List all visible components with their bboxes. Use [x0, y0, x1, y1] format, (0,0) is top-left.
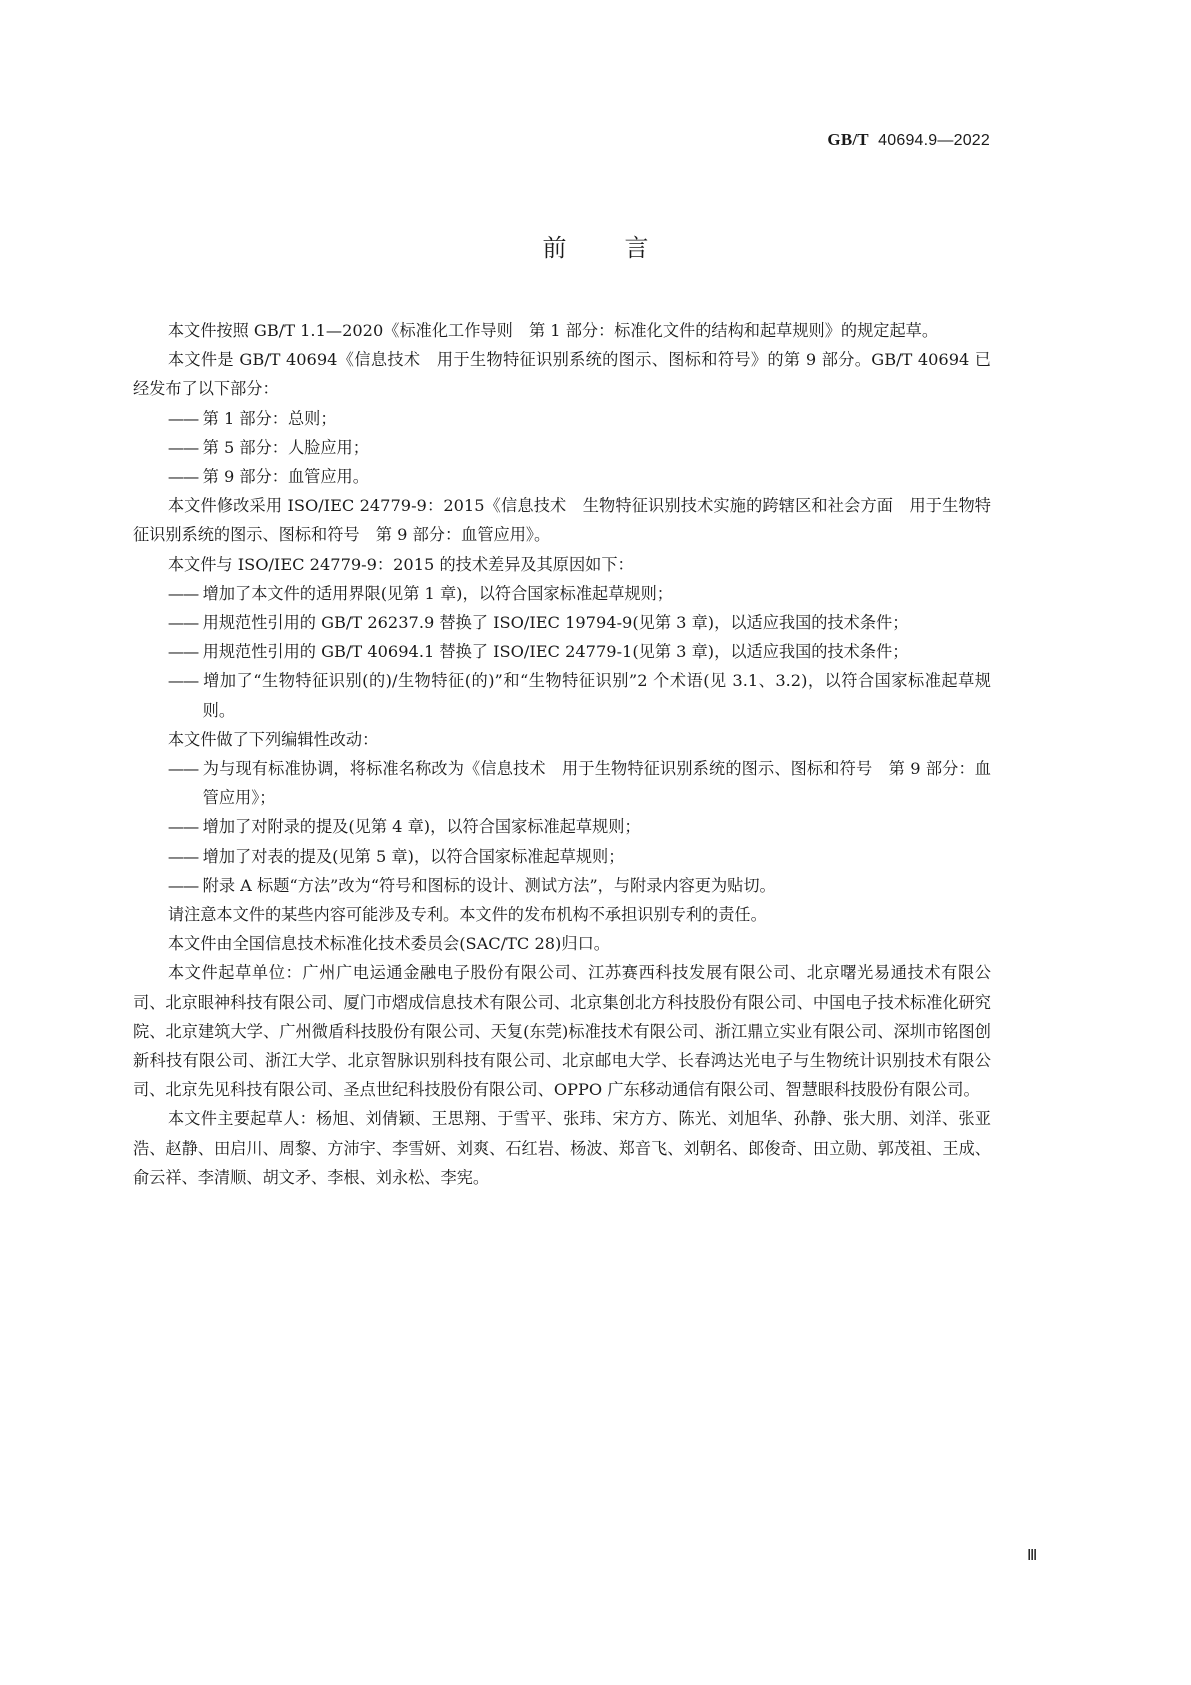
list-item-text: 第 9 部分：血管应用。	[203, 467, 369, 486]
foreword-body: 本文件按照 GB/T 1.1—2020《标准化工作导则 第 1 部分：标准化文件…	[133, 316, 991, 1192]
dash-marker: ——	[168, 462, 203, 491]
list-item-text: 第 1 部分：总则；	[203, 409, 337, 428]
standard-prefix: GB/T	[827, 130, 868, 149]
list-item: ——增加了对表的提及(见第 5 章)，以符合国家标准起草规则；	[133, 842, 991, 871]
dash-marker: ——	[168, 433, 203, 462]
list-item: ——为与现有标准协调，将标准名称改为《信息技术 用于生物特征识别系统的图示、图标…	[133, 754, 991, 812]
page-number: Ⅲ	[1027, 1546, 1037, 1565]
list-item: ——附录 A 标题“方法”改为“符号和图标的设计、测试方法”，与附录内容更为贴切…	[133, 871, 991, 900]
list-item-text: 为与现有标准协调，将标准名称改为《信息技术 用于生物特征识别系统的图示、图标和符…	[203, 759, 991, 807]
drafting-organizations: 本文件起草单位：广州广电运通金融电子股份有限公司、江苏赛西科技发展有限公司、北京…	[133, 958, 991, 1104]
list-item: ——用规范性引用的 GB/T 26237.9 替换了 ISO/IEC 19794…	[133, 608, 991, 637]
page-title: 前言	[0, 228, 1191, 263]
paragraph: 本文件修改采用 ISO/IEC 24779-9：2015《信息技术 生物特征识别…	[133, 491, 991, 549]
dash-marker: ——	[168, 754, 203, 783]
list-item-text: 用规范性引用的 GB/T 40694.1 替换了 ISO/IEC 24779-1…	[203, 642, 909, 661]
list-item-text: 用规范性引用的 GB/T 26237.9 替换了 ISO/IEC 19794-9…	[203, 613, 909, 632]
standard-number: GB/T 40694.9—2022	[827, 130, 990, 150]
dash-marker: ——	[168, 579, 203, 608]
paragraph: 本文件做了下列编辑性改动：	[133, 725, 991, 754]
list-item: ——第 1 部分：总则；	[133, 404, 991, 433]
dash-marker: ——	[168, 812, 203, 841]
dash-marker: ——	[168, 404, 203, 433]
dash-marker: ——	[168, 871, 203, 900]
list-item: ——增加了对附录的提及(见第 4 章)，以符合国家标准起草规则；	[133, 812, 991, 841]
list-item: ——增加了“生物特征识别(的)/生物特征(的)”和“生物特征识别”2 个术语(见…	[133, 666, 991, 724]
dash-marker: ——	[168, 637, 203, 666]
paragraph: 本文件按照 GB/T 1.1—2020《标准化工作导则 第 1 部分：标准化文件…	[133, 316, 991, 345]
dash-marker: ——	[168, 608, 203, 637]
responsible-committee: 本文件由全国信息技术标准化技术委员会(SAC/TC 28)归口。	[133, 929, 991, 958]
patent-notice: 请注意本文件的某些内容可能涉及专利。本文件的发布机构不承担识别专利的责任。	[133, 900, 991, 929]
list-item-text: 增加了对附录的提及(见第 4 章)，以符合国家标准起草规则；	[203, 817, 641, 836]
dash-marker: ——	[168, 842, 203, 871]
paragraph: 本文件是 GB/T 40694《信息技术 用于生物特征识别系统的图示、图标和符号…	[133, 345, 991, 403]
list-item: ——第 5 部分：人脸应用；	[133, 433, 991, 462]
list-item-text: 增加了对表的提及(见第 5 章)，以符合国家标准起草规则；	[203, 847, 625, 866]
list-item: ——第 9 部分：血管应用。	[133, 462, 991, 491]
list-item-text: 增加了“生物特征识别(的)/生物特征(的)”和“生物特征识别”2 个术语(见 3…	[203, 671, 991, 719]
standard-code: 40694.9—2022	[878, 132, 990, 149]
list-item: ——增加了本文件的适用界限(见第 1 章)，以符合国家标准起草规则；	[133, 579, 991, 608]
list-item-text: 附录 A 标题“方法”改为“符号和图标的设计、测试方法”，与附录内容更为贴切。	[203, 876, 776, 895]
drafters: 本文件主要起草人：杨旭、刘倩颖、王思翔、于雪平、张玮、宋方方、陈光、刘旭华、孙静…	[133, 1104, 991, 1192]
list-item: ——用规范性引用的 GB/T 40694.1 替换了 ISO/IEC 24779…	[133, 637, 991, 666]
paragraph: 本文件与 ISO/IEC 24779-9：2015 的技术差异及其原因如下：	[133, 550, 991, 579]
list-item-text: 增加了本文件的适用界限(见第 1 章)，以符合国家标准起草规则；	[203, 584, 673, 603]
list-item-text: 第 5 部分：人脸应用；	[203, 438, 369, 457]
dash-marker: ——	[168, 666, 203, 695]
